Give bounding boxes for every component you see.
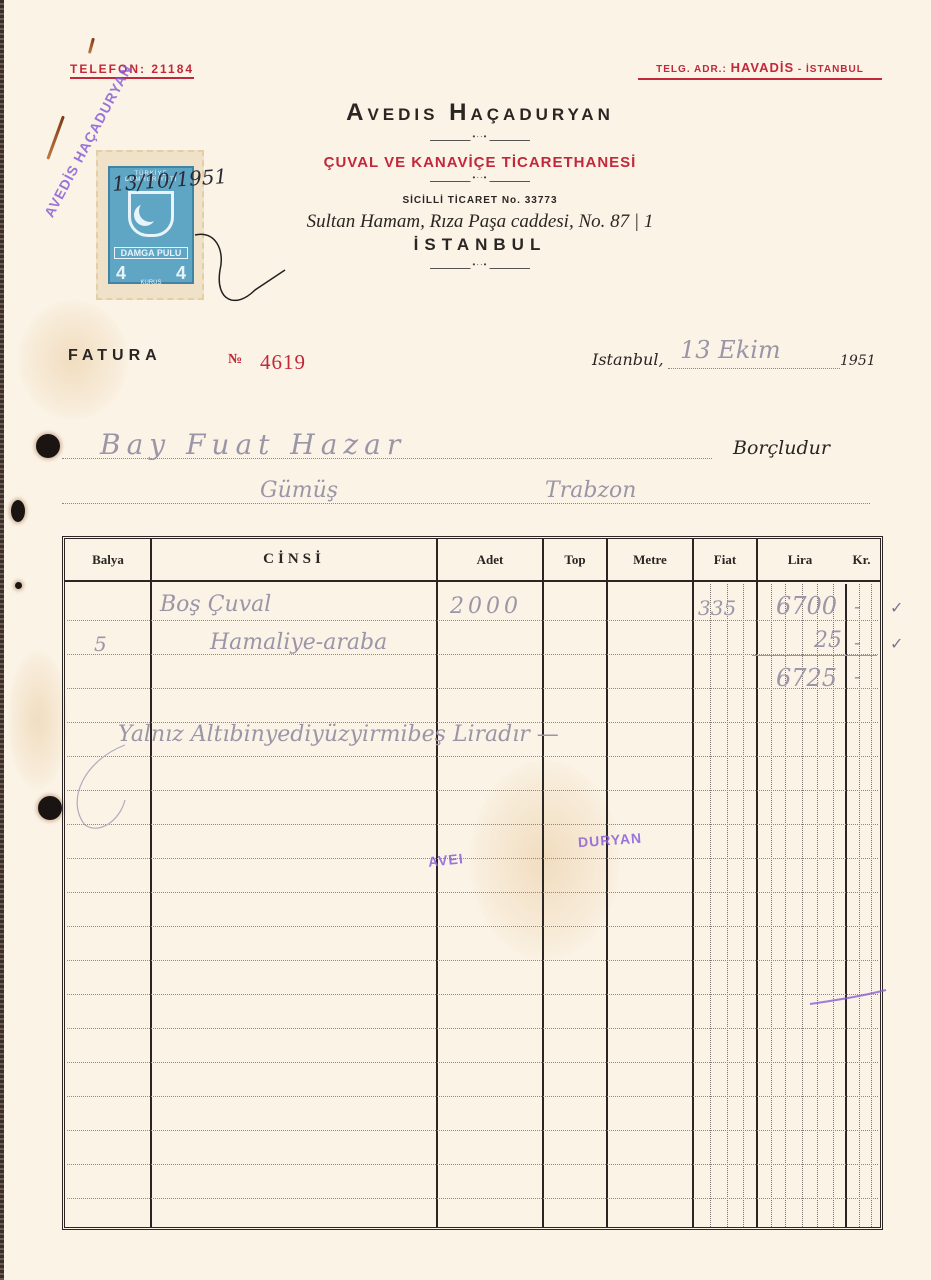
punch-hole [38, 796, 62, 820]
row-line [67, 858, 878, 859]
column-header-fiat: Fiat [693, 539, 757, 582]
invoice-date-handwritten: 13 Ekim [680, 336, 781, 364]
column-divider [692, 539, 694, 1227]
row-2-balya: 5 [94, 632, 107, 656]
column-header-kr: Kr. [843, 539, 880, 582]
invoice-table: Balya CİNSİ Adet Top Metre Fiat Lira Kr. [62, 536, 883, 1230]
signature-flourish [185, 230, 295, 310]
row-line [67, 790, 878, 791]
sum-underline [752, 655, 877, 656]
ornament-divider [430, 268, 530, 269]
telegraph-prefix: TELG. ADR.: [656, 64, 727, 75]
number-sign: № [228, 352, 242, 368]
row-line [67, 824, 878, 825]
amount-in-words-handwritten: Yalnız Altıbinyediyüzyirmibeş Liradır — [118, 722, 559, 747]
column-header-adet: Adet [437, 539, 543, 582]
trade-registry: SİCİLLİ TİCARET No. 33773 [230, 194, 730, 208]
company-city: İSTANBUL [230, 234, 730, 256]
customer-location-handwritten: Gümüş Trabzon [260, 478, 636, 503]
row-1-cinsi: Boş Çuval [160, 592, 271, 617]
row-line [67, 892, 878, 893]
row-line [67, 1164, 878, 1165]
crescent-star-icon [128, 191, 174, 237]
company-name: Avedis Haçaduryan [230, 98, 730, 128]
page-edge [0, 0, 4, 1280]
invoice-number: 4619 [260, 350, 306, 375]
letterhead: Avedis Haçaduryan ÇUVAL VE KANAVİÇE TİCA… [230, 98, 730, 269]
column-divider [606, 539, 608, 1227]
customer-name-handwritten: Bay Fuat Hazar [100, 428, 406, 461]
invoice-label: FATURA [68, 347, 162, 365]
column-header-balya: Balya [65, 539, 151, 582]
column-divider [756, 539, 758, 1227]
telegraph-city: - İSTANBUL [798, 64, 864, 75]
checkmark-icon: ✓ [890, 634, 903, 654]
column-header-metre: Metre [607, 539, 693, 582]
row-1-adet: 2000 [450, 594, 522, 619]
column-header-top: Top [543, 539, 607, 582]
date-line [668, 368, 840, 369]
row-line [67, 688, 878, 689]
company-address: Sultan Hamam, Rıza Paşa caddesi, No. 87 … [230, 210, 730, 234]
paper-stain [8, 650, 68, 790]
row-line [67, 1130, 878, 1131]
row-1-fiat: 335 [698, 596, 736, 620]
row-line [67, 1028, 878, 1029]
customer-address-line [62, 503, 870, 504]
column-divider [542, 539, 544, 1227]
punch-hole [11, 500, 25, 522]
column-divider [436, 539, 438, 1227]
punch-hole [15, 582, 22, 589]
row-line [67, 620, 878, 621]
purple-ink-stroke [808, 986, 888, 1010]
telegraph-name: HAVADİS [731, 60, 795, 75]
column-header-lira: Lira [757, 539, 843, 582]
pin-mark [88, 38, 95, 54]
pencil-flourish [65, 740, 145, 840]
row-line [67, 960, 878, 961]
row-line [67, 756, 878, 757]
row-3-kr: - [854, 664, 861, 688]
debtor-label: Borçludur [733, 437, 830, 459]
ornament-divider [430, 140, 530, 141]
row-line [67, 1198, 878, 1199]
punch-hole [36, 434, 60, 458]
company-tagline: ÇUVAL VE KANAVİÇE TİCARETHANESİ [230, 153, 730, 173]
pin-mark [46, 115, 65, 159]
row-line [67, 994, 878, 995]
invoice-year: 1951 [840, 353, 876, 369]
row-line [67, 926, 878, 927]
row-1-lira: 6700 [776, 592, 837, 620]
row-1-kr: - [854, 594, 861, 618]
row-line [67, 1096, 878, 1097]
row-3-lira-total: 6725 [776, 664, 837, 692]
row-2-cinsi: Hamaliye-araba [210, 630, 387, 655]
ornament-divider [430, 181, 530, 182]
column-divider [150, 539, 152, 1227]
invoice-place: Istanbul, [592, 350, 664, 369]
checkmark-icon: ✓ [890, 598, 903, 618]
row-2-lira: 25 [814, 628, 842, 653]
row-2-kr: - [854, 630, 861, 654]
row-line [67, 1062, 878, 1063]
column-header-cinsi: CİNSİ [151, 539, 437, 582]
telegraph-address: TELG. ADR.: HAVADİS - İSTANBUL [638, 60, 882, 80]
stamp-label: DAMGA PULU [114, 247, 188, 259]
